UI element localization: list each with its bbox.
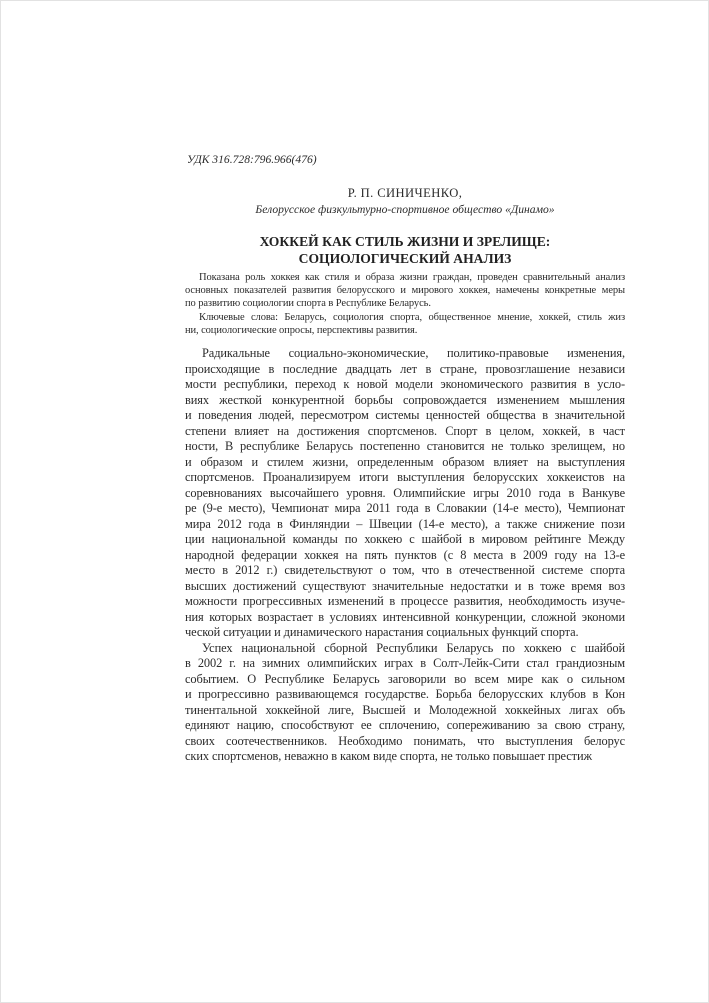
text-line: мира 2012 года в Финляндии – Швеции (14-… — [185, 517, 625, 533]
text-line: единяют нацию, способствуют ее сплочению… — [185, 718, 625, 734]
text-line: мости республики, переход к новой модели… — [185, 377, 625, 393]
text-line: и прогрессивно развивающемся государстве… — [185, 687, 625, 703]
text-line: и поведения людей, пересмотром системы ц… — [185, 408, 625, 424]
article-body: Радикальные социально-экономические, пол… — [185, 346, 625, 765]
text-line: соревнованиях высочайшего уровня. Олимпи… — [185, 486, 625, 502]
text-line: происходящие в последние двадцать лет в … — [185, 362, 625, 378]
article-title: ХОККЕЙ КАК СТИЛЬ ЖИЗНИ И ЗРЕЛИЩЕ: СОЦИОЛ… — [185, 234, 625, 267]
text-line: народной федерации хоккея на пять пункто… — [185, 548, 625, 564]
article-title-line-2: СОЦИОЛОГИЧЕСКИЙ АНАЛИЗ — [185, 251, 625, 268]
author-name: Р. П. СИНИЧЕНКО, — [185, 186, 625, 201]
text-line: ских спортсменов, неважно в каком виде с… — [185, 749, 625, 765]
body-paragraph-2: Успех национальной сборной Республики Бе… — [185, 641, 625, 765]
text-line: Успех национальной сборной Республики Бе… — [185, 641, 625, 657]
text-line: ции национальной команды по хоккею с шай… — [185, 532, 625, 548]
document-page: УДК 316.728:796.966(476) Р. П. СИНИЧЕНКО… — [0, 0, 709, 1003]
text-line: место в 2012 г.) свидетельствуют о том, … — [185, 563, 625, 579]
text-line: событием. О Республике Беларусь заговори… — [185, 672, 625, 688]
text-line: основных показателей развития белорусско… — [185, 284, 625, 297]
udc-code: УДК 316.728:796.966(476) — [187, 153, 317, 166]
text-line: и образом и стилем жизни, определенным о… — [185, 455, 625, 471]
text-line: своих соотечественников. Необходимо пони… — [185, 734, 625, 750]
body-paragraph-1: Радикальные социально-экономические, пол… — [185, 346, 625, 641]
text-line: степени влияет на достижения спортсменов… — [185, 424, 625, 440]
text-line: ния которых возрастает в условиях интенс… — [185, 610, 625, 626]
text-line: ности, В республике Беларусь постепенно … — [185, 439, 625, 455]
text-line: Показана роль хоккея как стиля и образа … — [185, 271, 625, 284]
text-line: можности прогрессивных изменений в проце… — [185, 594, 625, 610]
text-line: в 2002 г. на зимних олимпийских играх в … — [185, 656, 625, 672]
text-line: виях жесткой конкурентной борьбы сопрово… — [185, 393, 625, 409]
keywords-paragraph: Ключевые слова: Беларусь, социология спо… — [185, 311, 625, 337]
text-line: ре (9-е место), Чемпионат мира 2011 года… — [185, 501, 625, 517]
article-title-line-1: ХОККЕЙ КАК СТИЛЬ ЖИЗНИ И ЗРЕЛИЩЕ: — [185, 234, 625, 251]
text-line: ческой ситуации и динамического нарастан… — [185, 625, 625, 641]
abstract-block: Показана роль хоккея как стиля и образа … — [185, 271, 625, 337]
text-line: по развитию социологии спорта в Республи… — [185, 297, 625, 310]
text-line: Радикальные социально-экономические, пол… — [185, 346, 625, 362]
abstract-paragraph: Показана роль хоккея как стиля и образа … — [185, 271, 625, 311]
text-line: спортсменов. Проанализируем итоги выступ… — [185, 470, 625, 486]
author-affiliation: Белорусское физкультурно-спортивное обще… — [185, 203, 625, 216]
text-line: тинентальной хоккейной лиге, Высшей и Мо… — [185, 703, 625, 719]
text-line: ни, социологические опросы, перспективы … — [185, 324, 625, 337]
text-line: Ключевые слова: Беларусь, социология спо… — [185, 311, 625, 324]
text-line: высших достижений существуют значительны… — [185, 579, 625, 595]
